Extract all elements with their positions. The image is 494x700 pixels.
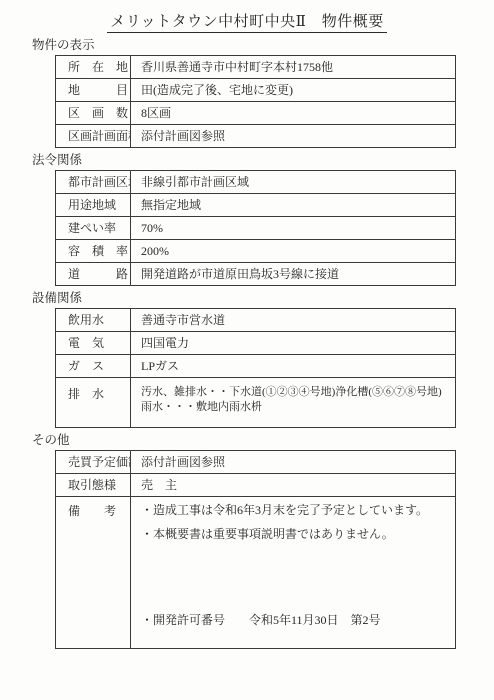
table-row: 飲用水 善通寺市営水道	[56, 309, 456, 332]
row-value-road: 開発道路が市道原田鳥坂3号線に接道	[131, 263, 456, 286]
row-value-planned-area: 添付計画図参照	[131, 125, 456, 148]
table-row: 区画計画面積 添付計画図参照	[56, 125, 456, 148]
property-description-table: 所 在 地 香川県善通寺市中村町字本村1758他 地 目 田(造成完了後、宅地に…	[55, 55, 456, 148]
section-heading-other: その他	[32, 433, 494, 447]
row-value-city-planning-zone: 非線引都市計画区域	[131, 171, 456, 194]
row-value-location: 香川県善通寺市中村町字本村1758他	[131, 56, 456, 79]
row-value-transaction-type: 売 主	[131, 474, 456, 497]
table-row: 電 気 四国電力	[56, 332, 456, 355]
table-row: 建ぺい率 70%	[56, 217, 456, 240]
row-value-use-district: 無指定地域	[131, 194, 456, 217]
row-value-land-category: 田(造成完了後、宅地に変更)	[131, 79, 456, 102]
table-row: 容 積 率 200%	[56, 240, 456, 263]
table-row: 所 在 地 香川県善通寺市中村町字本村1758他	[56, 56, 456, 79]
row-label-location: 所 在 地	[56, 56, 131, 79]
remarks-note-completion: ・造成工事は令和6年3月末を完了予定としています。	[141, 503, 449, 517]
table-row: 都市計画区域 非線引都市計画区域	[56, 171, 456, 194]
title-area: メリットタウン中村町中央Ⅱ 物件概要	[0, 0, 494, 33]
table-row: 排 水 汚水、雑排水・・下水道(①②③④号地)浄化槽(⑤⑥⑦⑧号地) 雨水・・・…	[56, 378, 456, 428]
row-label-planned-price: 売買予定価額	[56, 451, 131, 474]
table-row: 道 路 開発道路が市道原田鳥坂3号線に接道	[56, 263, 456, 286]
row-value-electricity: 四国電力	[131, 332, 456, 355]
row-label-electricity: 電 気	[56, 332, 131, 355]
remarks-note-permit-number: ・開発許可番号 令和5年11月30日 第2号	[141, 613, 449, 627]
document-title: メリットタウン中村町中央Ⅱ 物件概要	[107, 10, 387, 33]
drainage-line-rainwater: 雨水・・・敷地内雨水枡	[141, 400, 449, 415]
section-heading-utilities: 設備関係	[32, 291, 494, 305]
row-value-drinking-water: 善通寺市営水道	[131, 309, 456, 332]
row-label-remarks: 備 考	[56, 497, 131, 649]
row-label-lot-count: 区 画 数	[56, 102, 131, 125]
row-label-drinking-water: 飲用水	[56, 309, 131, 332]
other-table: 売買予定価額 添付計画図参照 取引態様 売 主 備 考 ・造成工事は令和6年3月…	[55, 450, 456, 649]
table-row: ガ ス LPガス	[56, 355, 456, 378]
row-value-floor-area-ratio: 200%	[131, 240, 456, 263]
row-value-planned-price: 添付計画図参照	[131, 451, 456, 474]
remarks-note-disclaimer: ・本概要書は重要事項説明書ではありません。	[141, 527, 449, 541]
table-row: 区 画 数 8区画	[56, 102, 456, 125]
table-row: 備 考 ・造成工事は令和6年3月末を完了予定としています。 ・本概要書は重要事項…	[56, 497, 456, 649]
row-label-road: 道 路	[56, 263, 131, 286]
row-label-transaction-type: 取引態様	[56, 474, 131, 497]
property-overview-document: メリットタウン中村町中央Ⅱ 物件概要 物件の表示 所 在 地 香川県善通寺市中村…	[0, 0, 494, 700]
row-value-gas: LPガス	[131, 355, 456, 378]
drainage-line-sewage: 汚水、雑排水・・下水道(①②③④号地)浄化槽(⑤⑥⑦⑧号地)	[141, 385, 449, 400]
row-label-floor-area-ratio: 容 積 率	[56, 240, 131, 263]
utilities-table: 飲用水 善通寺市営水道 電 気 四国電力 ガ ス LPガス 排 水 汚水、雑排水…	[55, 308, 456, 428]
row-label-use-district: 用途地域	[56, 194, 131, 217]
table-row: 用途地域 無指定地域	[56, 194, 456, 217]
table-row: 取引態様 売 主	[56, 474, 456, 497]
table-row: 売買予定価額 添付計画図参照	[56, 451, 456, 474]
row-label-building-coverage: 建ぺい率	[56, 217, 131, 240]
row-label-land-category: 地 目	[56, 79, 131, 102]
row-value-lot-count: 8区画	[131, 102, 456, 125]
table-row: 地 目 田(造成完了後、宅地に変更)	[56, 79, 456, 102]
section-heading-property-description: 物件の表示	[32, 38, 494, 52]
section-heading-legal: 法令関係	[32, 153, 494, 167]
row-value-building-coverage: 70%	[131, 217, 456, 240]
row-label-planned-area: 区画計画面積	[56, 125, 131, 148]
row-label-city-planning-zone: 都市計画区域	[56, 171, 131, 194]
row-value-remarks: ・造成工事は令和6年3月末を完了予定としています。 ・本概要書は重要事項説明書で…	[131, 497, 456, 649]
legal-table: 都市計画区域 非線引都市計画区域 用途地域 無指定地域 建ぺい率 70% 容 積…	[55, 170, 456, 286]
row-label-gas: ガ ス	[56, 355, 131, 378]
row-label-drainage: 排 水	[56, 378, 131, 428]
row-value-drainage: 汚水、雑排水・・下水道(①②③④号地)浄化槽(⑤⑥⑦⑧号地) 雨水・・・敷地内雨…	[131, 378, 456, 428]
